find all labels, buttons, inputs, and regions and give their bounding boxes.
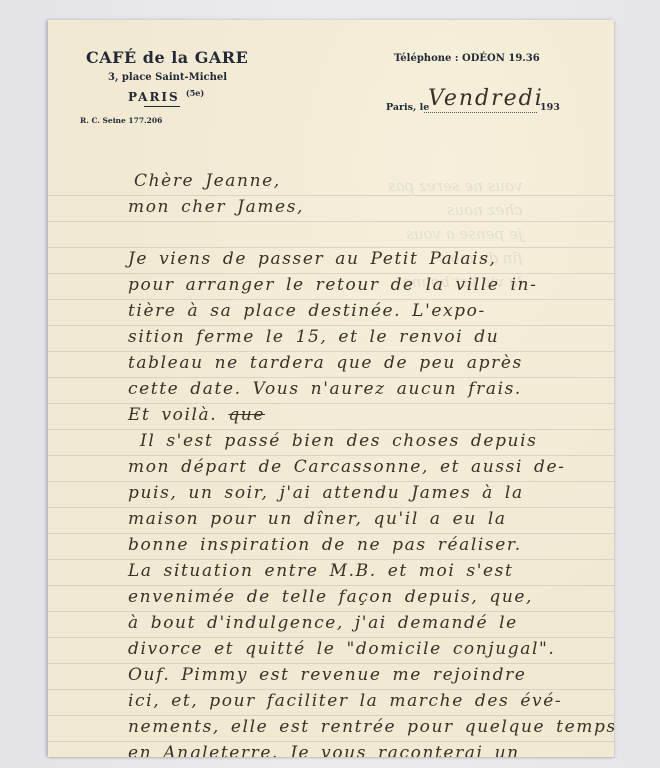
body-text: Et voilà. [128,405,217,425]
body-line: bonne inspiration de ne pas réaliser. [128,532,614,558]
body-line: sition ferme le 15, et le renvoi du [128,324,614,350]
date-prefix: Paris, le [386,102,429,113]
body-line: La situation entre M.B. et moi s'est [128,558,614,584]
arrondissement: (5e) [186,88,204,98]
salutation-line: mon cher James, [128,194,614,220]
body-line: ici, et, pour faciliter la marche des év… [128,688,614,714]
body-line: maison pour un dîner, qu'il a eu la [128,506,614,532]
city-name: PARIS [128,90,180,104]
body-line: nements, elle est rentrée pour quelque t… [128,714,614,740]
body-line: Ouf. Pimmy est revenue me rejoindre [128,662,614,688]
letterhead-address: 3, place Saint-Michel [108,72,227,83]
body-line: tière à sa place destinée. L'expo- [128,298,614,324]
letterhead-divider [144,106,180,107]
body-line: en Angleterre. Je vous raconterai un [128,740,614,757]
letter-body: Chère Jeanne, mon cher James, Je viens d… [128,168,614,757]
body-line: cette date. Vous n'aurez aucun frais. [128,376,614,402]
letterhead-registry: R. C. Seine 177.206 [80,116,162,125]
date-handwritten: Vendredi [428,86,544,111]
body-line: à bout d'indulgence, j'ai demandé le [128,610,614,636]
body-line: mon départ de Carcassonne, et aussi de- [128,454,614,480]
body-line: Et voilà. que [128,402,614,428]
date-dotted-line [424,112,537,113]
body-line: envenimée de telle façon depuis, que, [128,584,614,610]
body-line: Je viens de passer au Petit Palais, [128,246,614,272]
body-line: tableau ne tardera que de peu après [128,350,614,376]
blank-line [128,220,614,246]
struck-word: que [228,405,265,425]
letterhead-city: PARIS (5e) [128,88,204,104]
body-line: pour arranger le retour de la ville in- [128,272,614,298]
date-year: 193 [540,102,560,113]
letterhead-name: CAFÉ de la GARE [86,48,248,67]
letter-page: vous ne serez pas chez nous je pense a v… [48,20,614,757]
salutation-line: Chère Jeanne, [128,168,614,194]
body-line: divorce et quitté le "domicile conjugal"… [128,636,614,662]
body-line: puis, un soir, j'ai attendu James à la [128,480,614,506]
body-line: Il s'est passé bien des choses depuis [128,428,614,454]
letterhead-telephone: Téléphone : ODÉON 19.36 [394,53,540,64]
